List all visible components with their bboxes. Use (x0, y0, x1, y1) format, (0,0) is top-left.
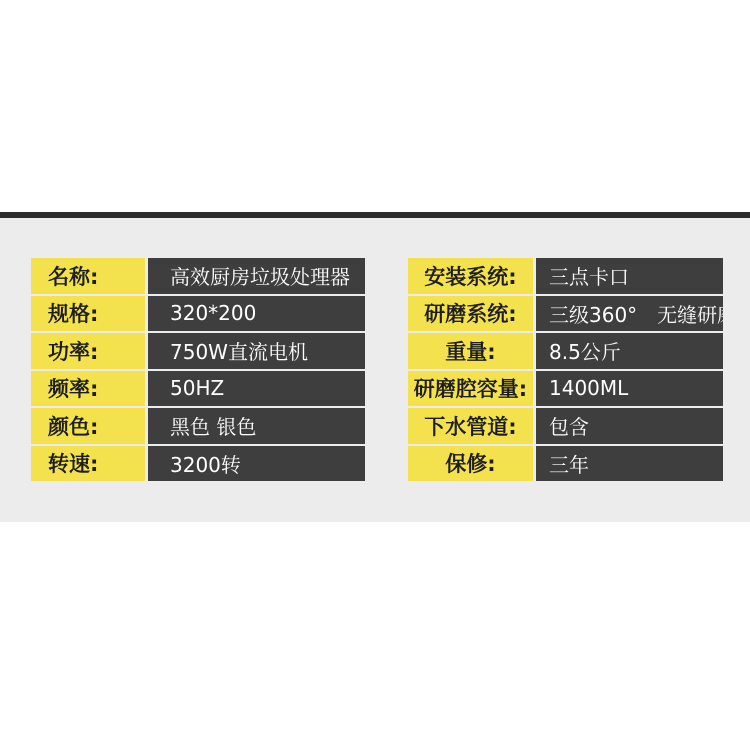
spec-value: 8.5公斤 (536, 333, 723, 369)
spec-row-power: 功率: 750W直流电机 (31, 333, 365, 369)
spec-table-right: 安装系统: 三点卡口 研磨系统: 三级360° 无缝研磨 重量: 8.5公斤 研… (408, 258, 723, 481)
spec-value: 三级360° 无缝研磨 (536, 296, 723, 332)
spec-row-warranty: 保修: 三年 (408, 446, 723, 482)
spec-label: 重量: (408, 333, 533, 369)
spec-table-left: 名称: 高效厨房垃圾处理器 规格: 320*200 功率: 750W直流电机 频… (31, 258, 365, 481)
spec-row-name: 名称: 高效厨房垃圾处理器 (31, 258, 365, 294)
spec-row-drain-pipe: 下水管道: 包含 (408, 408, 723, 444)
spec-panel: 名称: 高效厨房垃圾处理器 规格: 320*200 功率: 750W直流电机 频… (0, 218, 750, 522)
spec-value: 320*200 (148, 296, 365, 332)
spec-row-frequency: 频率: 50HZ (31, 371, 365, 407)
spec-label: 研磨腔容量: (408, 371, 533, 407)
spec-label: 频率: (31, 371, 145, 407)
spec-label: 保修: (408, 446, 533, 482)
spec-row-grind-system: 研磨系统: 三级360° 无缝研磨 (408, 296, 723, 332)
spec-row-weight: 重量: 8.5公斤 (408, 333, 723, 369)
spec-label: 规格: (31, 296, 145, 332)
spec-label: 转速: (31, 446, 145, 482)
spec-label: 颜色: (31, 408, 145, 444)
spec-label: 研磨系统: (408, 296, 533, 332)
spec-row-chamber-capacity: 研磨腔容量: 1400ML (408, 371, 723, 407)
spec-row-color: 颜色: 黑色 银色 (31, 408, 365, 444)
spec-value: 750W直流电机 (148, 333, 365, 369)
spec-label: 功率: (31, 333, 145, 369)
spec-value: 1400ML (536, 371, 723, 407)
spec-value: 高效厨房垃圾处理器 (148, 258, 365, 294)
spec-value: 包含 (536, 408, 723, 444)
spec-label: 名称: (31, 258, 145, 294)
spec-label: 安装系统: (408, 258, 533, 294)
spec-value: 三年 (536, 446, 723, 482)
spec-row-install-system: 安装系统: 三点卡口 (408, 258, 723, 294)
spec-value: 50HZ (148, 371, 365, 407)
spec-value: 黑色 银色 (148, 408, 365, 444)
spec-row-size: 规格: 320*200 (31, 296, 365, 332)
spec-value: 3200转 (148, 446, 365, 482)
spec-value: 三点卡口 (536, 258, 723, 294)
spec-label: 下水管道: (408, 408, 533, 444)
product-spec-image: 名称: 高效厨房垃圾处理器 规格: 320*200 功率: 750W直流电机 频… (0, 0, 750, 750)
spec-row-speed: 转速: 3200转 (31, 446, 365, 482)
